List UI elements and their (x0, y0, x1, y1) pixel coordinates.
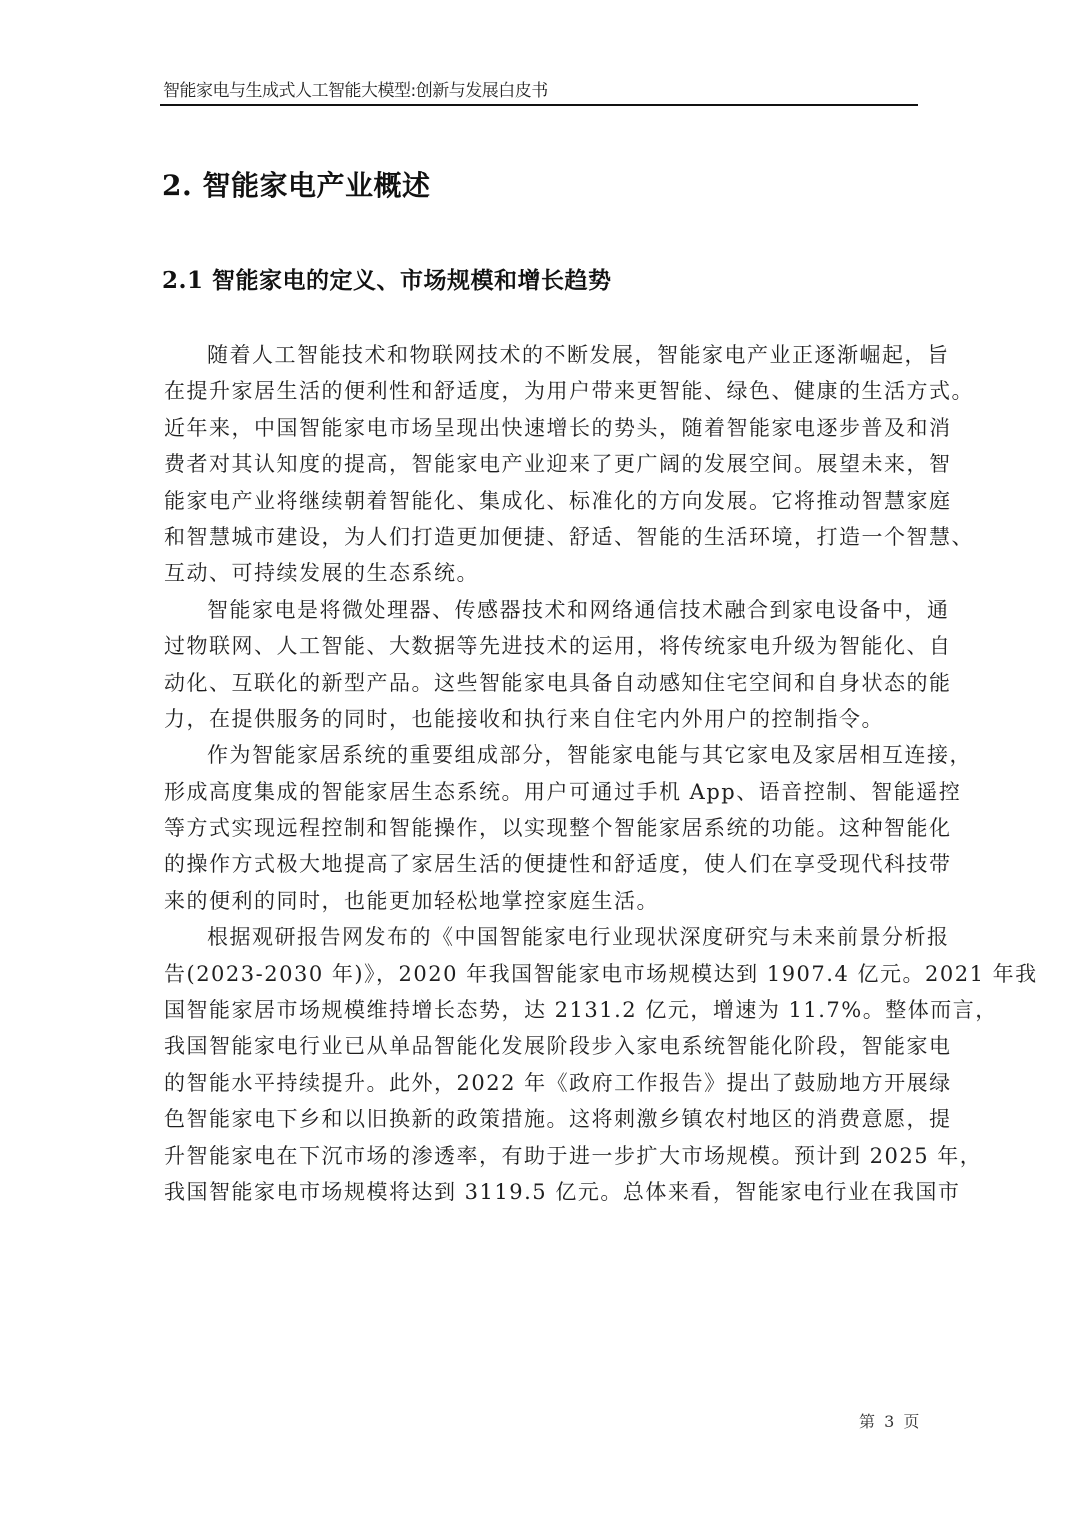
document-page: 智能家电与生成式人工智能大模型:创新与发展白皮书 2. 智能家电产业概述 2.1… (0, 0, 1080, 1527)
text-line: 我国智能家电市场规模将达到 3119.5 亿元。总体来看，智能家电行业在我国市 (164, 1174, 916, 1210)
text-line: 过物联网、人工智能、大数据等先进技术的运用，将传统家电升级为智能化、自 (164, 628, 916, 664)
text-line: 近年来，中国智能家电市场呈现出快速增长的势头，随着智能家电逐步普及和消 (164, 410, 916, 446)
paragraph-ecosystem: 作为智能家居系统的重要组成部分，智能家电能与其它家电及家居相互连接， 形成高度集… (164, 737, 916, 919)
running-header: 智能家电与生成式人工智能大模型:创新与发展白皮书 (163, 76, 548, 101)
text-line: 和智慧城市建设，为人们打造更加便捷、舒适、智能的生活环境，打造一个智慧、 (164, 519, 916, 555)
header-rule (160, 104, 918, 106)
text-line: 费者对其认知度的提高，智能家电产业迎来了更广阔的发展空间。展望未来，智 (164, 446, 916, 482)
paragraph-definition: 智能家电是将微处理器、传感器技术和网络通信技术融合到家电设备中，通 过物联网、人… (164, 592, 916, 738)
text-line: 在提升家居生活的便利性和舒适度，为用户带来更智能、绿色、健康的生活方式。 (164, 373, 916, 409)
body-text: 随着人工智能技术和物联网技术的不断发展，智能家电产业正逐渐崛起，旨 在提升家居生… (164, 337, 916, 1210)
page-number: 第 3 页 (859, 1409, 919, 1432)
text-line: 我国智能家电行业已从单品智能化发展阶段步入家电系统智能化阶段，智能家电 (164, 1028, 916, 1064)
text-line: 互动、可持续发展的生态系统。 (164, 555, 916, 591)
text-line: 智能家电是将微处理器、传感器技术和网络通信技术融合到家电设备中，通 (164, 592, 916, 628)
text-line: 根据观研报告网发布的《中国智能家电行业现状深度研究与未来前景分析报 (164, 919, 916, 955)
text-line: 来的便利的同时，也能更加轻松地掌控家庭生活。 (164, 883, 916, 919)
text-line: 国智能家居市场规模维持增长态势，达 2131.2 亿元，增速为 11.7%。整体… (164, 992, 916, 1028)
text-line: 告(2023-2030 年)》，2020 年我国智能家电市场规模达到 1907.… (164, 956, 916, 992)
text-line: 能家电产业将继续朝着智能化、集成化、标准化的方向发展。它将推动智慧家庭 (164, 483, 916, 519)
text-line: 力，在提供服务的同时，也能接收和执行来自住宅内外用户的控制指令。 (164, 701, 916, 737)
text-line: 升智能家电在下沉市场的渗透率，有助于进一步扩大市场规模。预计到 2025 年， (164, 1138, 916, 1174)
text-line: 色智能家电下乡和以旧换新的政策措施。这将刺激乡镇农村地区的消费意愿，提 (164, 1101, 916, 1137)
text-line: 等方式实现远程控制和智能操作，以实现整个智能家居系统的功能。这种智能化 (164, 810, 916, 846)
text-line: 的操作方式极大地提高了家居生活的便捷性和舒适度，使人们在享受现代科技带 (164, 846, 916, 882)
chapter-title: 2. 智能家电产业概述 (162, 164, 430, 204)
text-line: 形成高度集成的智能家居生态系统。用户可通过手机 App、语音控制、智能遥控 (164, 774, 916, 810)
section-title: 2.1 智能家电的定义、市场规模和增长趋势 (162, 262, 612, 295)
text-line: 随着人工智能技术和物联网技术的不断发展，智能家电产业正逐渐崛起，旨 (164, 337, 916, 373)
text-line: 的智能水平持续提升。此外，2022 年《政府工作报告》提出了鼓励地方开展绿 (164, 1065, 916, 1101)
paragraph-market-size: 根据观研报告网发布的《中国智能家电行业现状深度研究与未来前景分析报 告(2023… (164, 919, 916, 1210)
text-line: 动化、互联化的新型产品。这些智能家电具备自动感知住宅空间和自身状态的能 (164, 665, 916, 701)
text-line: 作为智能家居系统的重要组成部分，智能家电能与其它家电及家居相互连接， (164, 737, 916, 773)
paragraph-intro: 随着人工智能技术和物联网技术的不断发展，智能家电产业正逐渐崛起，旨 在提升家居生… (164, 337, 916, 592)
